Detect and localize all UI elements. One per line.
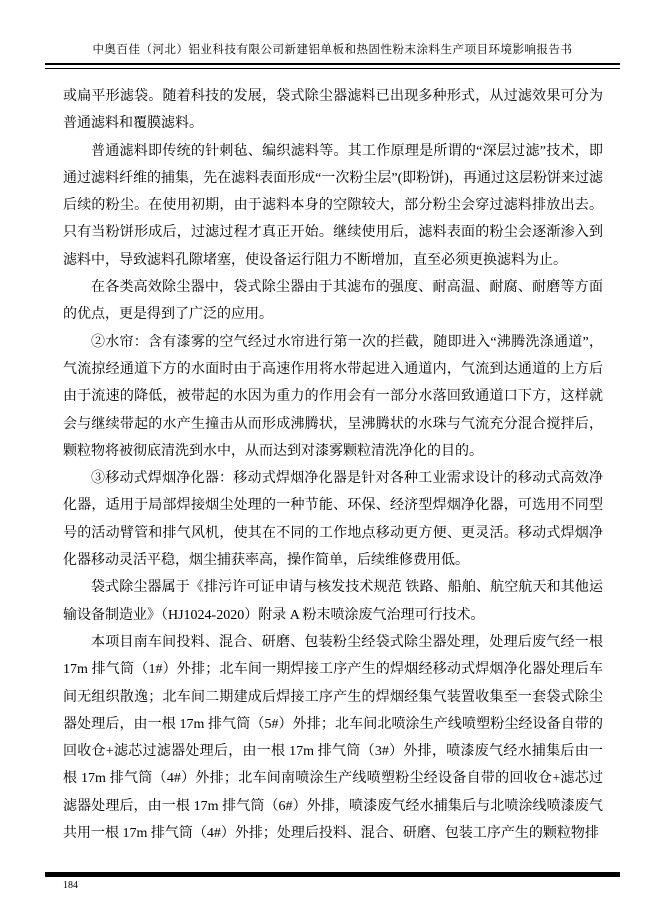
paragraph: 袋式除尘器属于《排污许可证申请与核发技术规范 铁路、船舶、航空航天和其他运输设备… xyxy=(63,574,603,629)
page-number: 184 xyxy=(63,879,78,892)
paragraph: 本项目南车间投料、混合、研磨、包装粉尘经袋式除尘器处理，处理后废气经一根 17m… xyxy=(63,629,603,847)
paragraph: 或扁平形滤袋。随着科技的发展，袋式除尘器滤料已出现多种形式，从过滤效果可分为普通… xyxy=(63,83,603,138)
paragraph: 在各类高效除尘器中，袋式除尘器由于其滤布的强度、耐高温、耐腐、耐磨等方面的优点，… xyxy=(63,274,603,329)
document-page: 中奥百佳（河北）铝业科技有限公司新建铝单板和热固性粉末涂料生产项目环境影响报告书… xyxy=(0,0,665,921)
document-body: 或扁平形滤袋。随着科技的发展，袋式除尘器滤料已出现多种形式，从过滤效果可分为普通… xyxy=(63,83,603,847)
header-title: 中奥百佳（河北）铝业科技有限公司新建铝单板和热固性粉末涂料生产项目环境影响报告书 xyxy=(45,0,620,57)
paragraph: ③移动式焊烟净化器：移动式焊烟净化器是针对各种工业需求设计的移动式高效净化器，适… xyxy=(63,465,603,574)
footer-rule xyxy=(45,872,620,877)
header-rule xyxy=(45,63,620,69)
paragraph: ②水帘：含有漆雾的空气经过水帘进行第一次的拦截，随即进入“沸腾洗涤通道”，气流掠… xyxy=(63,329,603,465)
page-header: 中奥百佳（河北）铝业科技有限公司新建铝单板和热固性粉末涂料生产项目环境影响报告书 xyxy=(45,0,620,69)
paragraph: 普通滤料即传统的针刺毡、编织滤料等。其工作原理是所谓的“深层过滤”技术，即通过滤… xyxy=(63,138,603,274)
